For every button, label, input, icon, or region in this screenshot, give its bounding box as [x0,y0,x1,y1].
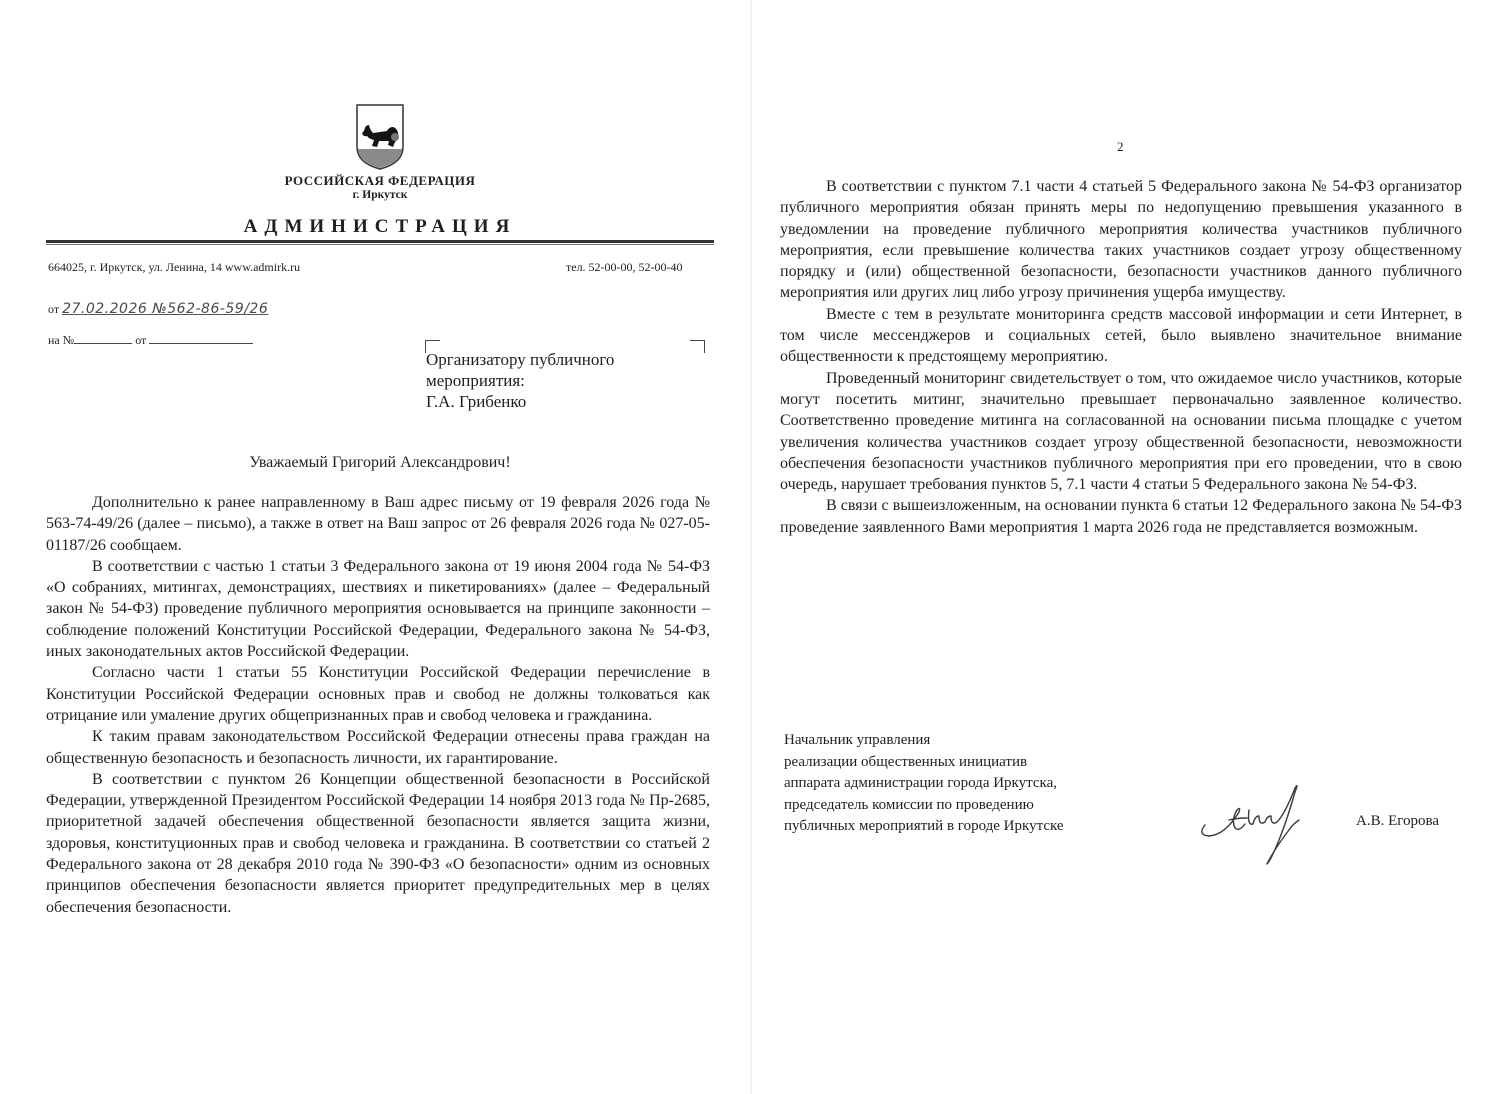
addressee-block: Организатору публичного мероприятия: Г.А… [426,349,614,412]
in-reply-number-blank [74,333,132,344]
outgoing-reference: от 27.02.2026 №562-86-59/26 [48,301,268,317]
paragraph: Вместе с тем в результате мониторинга ср… [780,304,1462,368]
country-name: РОССИЙСКАЯ ФЕДЕРАЦИЯ [0,173,760,189]
organization-title: АДМИНИСТРАЦИЯ [0,216,760,238]
in-reply-label: на № [48,333,74,347]
addressee-corner-mark [690,340,705,353]
greeting: Уважаемый Григорий Александрович! [0,454,760,472]
in-reply-reference: на № от [48,333,253,348]
header-divider [46,240,714,243]
paragraph: В соответствии с пунктом 7.1 части 4 ста… [780,176,1462,304]
from-label: от [48,302,59,316]
position-line: реализации общественных инициатив [784,752,1064,774]
in-reply-date-blank [149,333,253,344]
position-line: Начальник управления [784,730,1064,752]
page-number: 2 [1117,139,1124,155]
position-line: публичных мероприятий в городе Иркутске [784,816,1064,838]
position-line: аппарата администрации города Иркутска, [784,773,1064,795]
paragraph: Дополнительно к ранее направленному в Ва… [46,492,710,556]
paragraph: В соответствии с пунктом 26 Концепции об… [46,769,710,918]
paragraph: В связи с вышеизложенным, на основании п… [780,495,1462,538]
city-name: г. Иркутск [0,189,760,201]
addressee-line: Организатору публичного [426,349,614,370]
handwritten-signature-icon [1195,780,1325,870]
handwritten-date-number: 27.02.2026 №562-86-59/26 [62,301,268,317]
position-line: председатель комиссии по проведению [784,795,1064,817]
letter-page-2 [752,0,1500,1094]
paragraph: Проведенный мониторинг свидетельствует о… [780,368,1462,496]
addressee-name: Г.А. Грибенко [426,391,614,412]
signer-name: А.В. Егорова [1356,813,1439,830]
addressee-line: мероприятия: [426,370,614,391]
letter-page-1: РОССИЙСКАЯ ФЕДЕРАЦИЯ г. Иркутск АДМИНИСТ… [0,0,750,1094]
irkutsk-coat-of-arms-icon [355,103,405,171]
in-reply-from-label: от [135,333,146,347]
address-line: 664025, г. Иркутск, ул. Ленина, 14 www.a… [48,260,300,275]
paragraph: К таким правам законодательством Российс… [46,726,710,769]
paragraph: В соответствии с частью 1 статьи 3 Федер… [46,556,710,662]
paragraph: Согласно части 1 статьи 55 Конституции Р… [46,662,710,726]
header-divider-thin [46,244,714,245]
page-1-body: Дополнительно к ранее направленному в Ва… [46,492,710,918]
signatory-position: Начальник управления реализации обществе… [784,730,1064,838]
page-2-body: В соответствии с пунктом 7.1 части 4 ста… [780,176,1462,538]
phone-line: тел. 52-00-00, 52-00-40 [566,260,683,275]
